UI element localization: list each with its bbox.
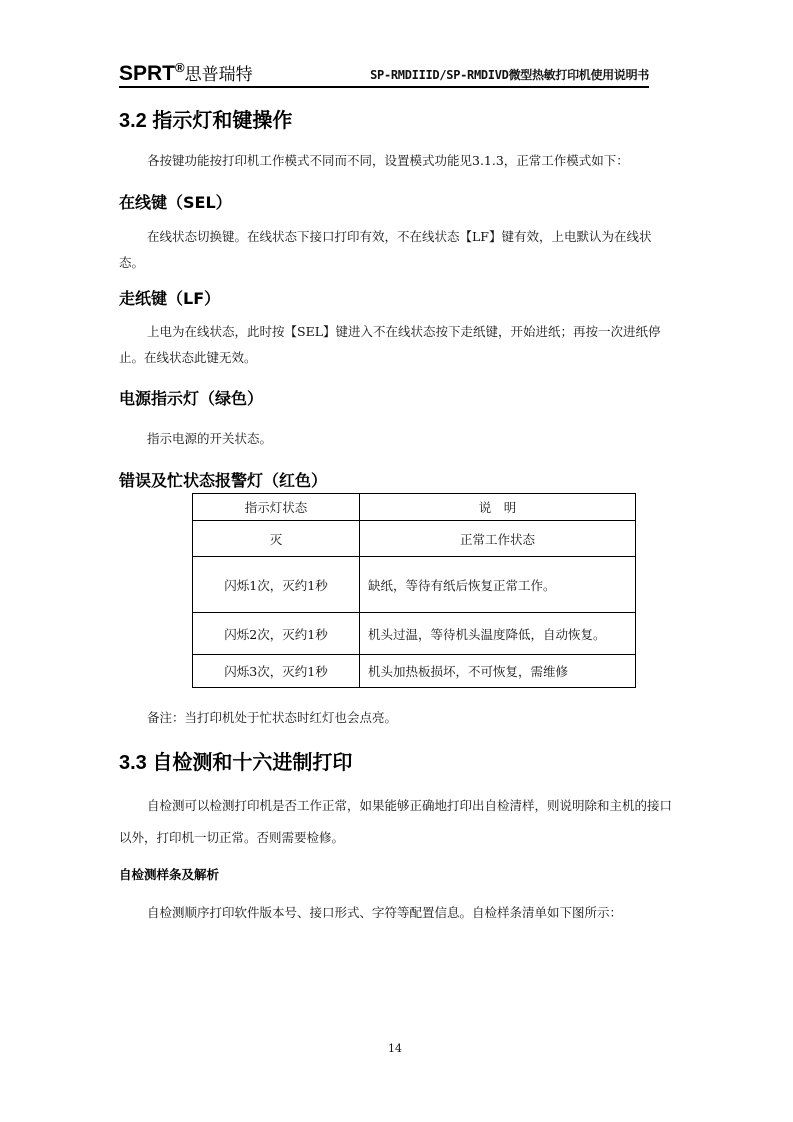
lf-key-heading: 走纸键（LF） — [119, 286, 220, 309]
header-description: 说 明 — [360, 494, 636, 521]
led-state-cell: 闪烁3次，灭约1秒 — [193, 655, 360, 688]
self-test-description: 自检测顺序打印软件版本号、接口形式、字符等配置信息。自检样条清单如下图所示： — [119, 900, 679, 926]
description-cell: 缺纸，等待有纸后恢复正常工作。 — [360, 557, 636, 613]
description-cell: 机头过温，等待机头温度降低，自动恢复。 — [360, 613, 636, 655]
power-led-heading: 电源指示灯（绿色） — [119, 386, 263, 409]
error-led-heading: 错误及忙状态报警灯（红色） — [119, 468, 327, 491]
table-row: 闪烁3次，灭约1秒 机头加热板损坏，不可恢复，需维修 — [193, 655, 636, 688]
description-cell: 正常工作状态 — [360, 521, 636, 557]
sel-key-description: 在线状态切换键。在线状态下接口打印有效，不在线状态【LF】键有效，上电默认为在线… — [119, 224, 674, 276]
table-row: 闪烁1次，灭约1秒 缺纸，等待有纸后恢复正常工作。 — [193, 557, 636, 613]
power-led-description: 指示电源的开关状态。 — [119, 426, 674, 452]
brand-logo: SPRT®思普瑞特 — [119, 60, 253, 86]
page-number: 14 — [388, 1042, 402, 1055]
brand-latin: SPRT — [119, 62, 175, 85]
page-header: SPRT®思普瑞特 SP-RMDIIID/SP-RMDIVD微型热敏打印机使用说… — [119, 60, 649, 88]
self-test-subheading: 自检测样条及解析 — [119, 865, 219, 883]
error-led-note: 备注：当打印机处于忙状态时红灯也会点亮。 — [119, 705, 674, 731]
led-status-table: 指示灯状态 说 明 灭 正常工作状态 闪烁1次，灭约1秒 缺纸，等待有纸后恢复正… — [192, 493, 636, 688]
table-header-row: 指示灯状态 说 明 — [193, 494, 636, 521]
section-3-3-heading: 3.3 自检测和十六进制打印 — [119, 746, 352, 775]
table-row: 闪烁2次，灭约1秒 机头过温，等待机头温度降低，自动恢复。 — [193, 613, 636, 655]
led-state-cell: 闪烁1次，灭约1秒 — [193, 557, 360, 613]
registered-mark: ® — [175, 60, 185, 75]
sel-key-heading: 在线键（SEL） — [119, 190, 232, 213]
table-row: 灭 正常工作状态 — [193, 521, 636, 557]
description-cell: 机头加热板损坏，不可恢复，需维修 — [360, 655, 636, 688]
lf-key-description: 上电为在线状态，此时按【SEL】键进入不在线状态按下走纸键，开始进纸；再按一次进… — [119, 319, 674, 371]
section-3-2-heading: 3.2 指示灯和键操作 — [119, 104, 292, 133]
section-3-2-intro: 各按键功能按打印机工作模式不同而不同，设置模式功能见3.1.3，正常工作模式如下… — [119, 148, 674, 174]
brand-chinese: 思普瑞特 — [185, 65, 253, 85]
header-led-state: 指示灯状态 — [193, 494, 360, 521]
document-title: SP-RMDIIID/SP-RMDIVD微型热敏打印机使用说明书 — [370, 66, 649, 83]
section-3-3-intro: 自检测可以检测打印机是否工作正常，如果能够正确地打印出自检清样，则说明除和主机的… — [119, 790, 674, 854]
led-state-cell: 闪烁2次，灭约1秒 — [193, 613, 360, 655]
led-state-cell: 灭 — [193, 521, 360, 557]
